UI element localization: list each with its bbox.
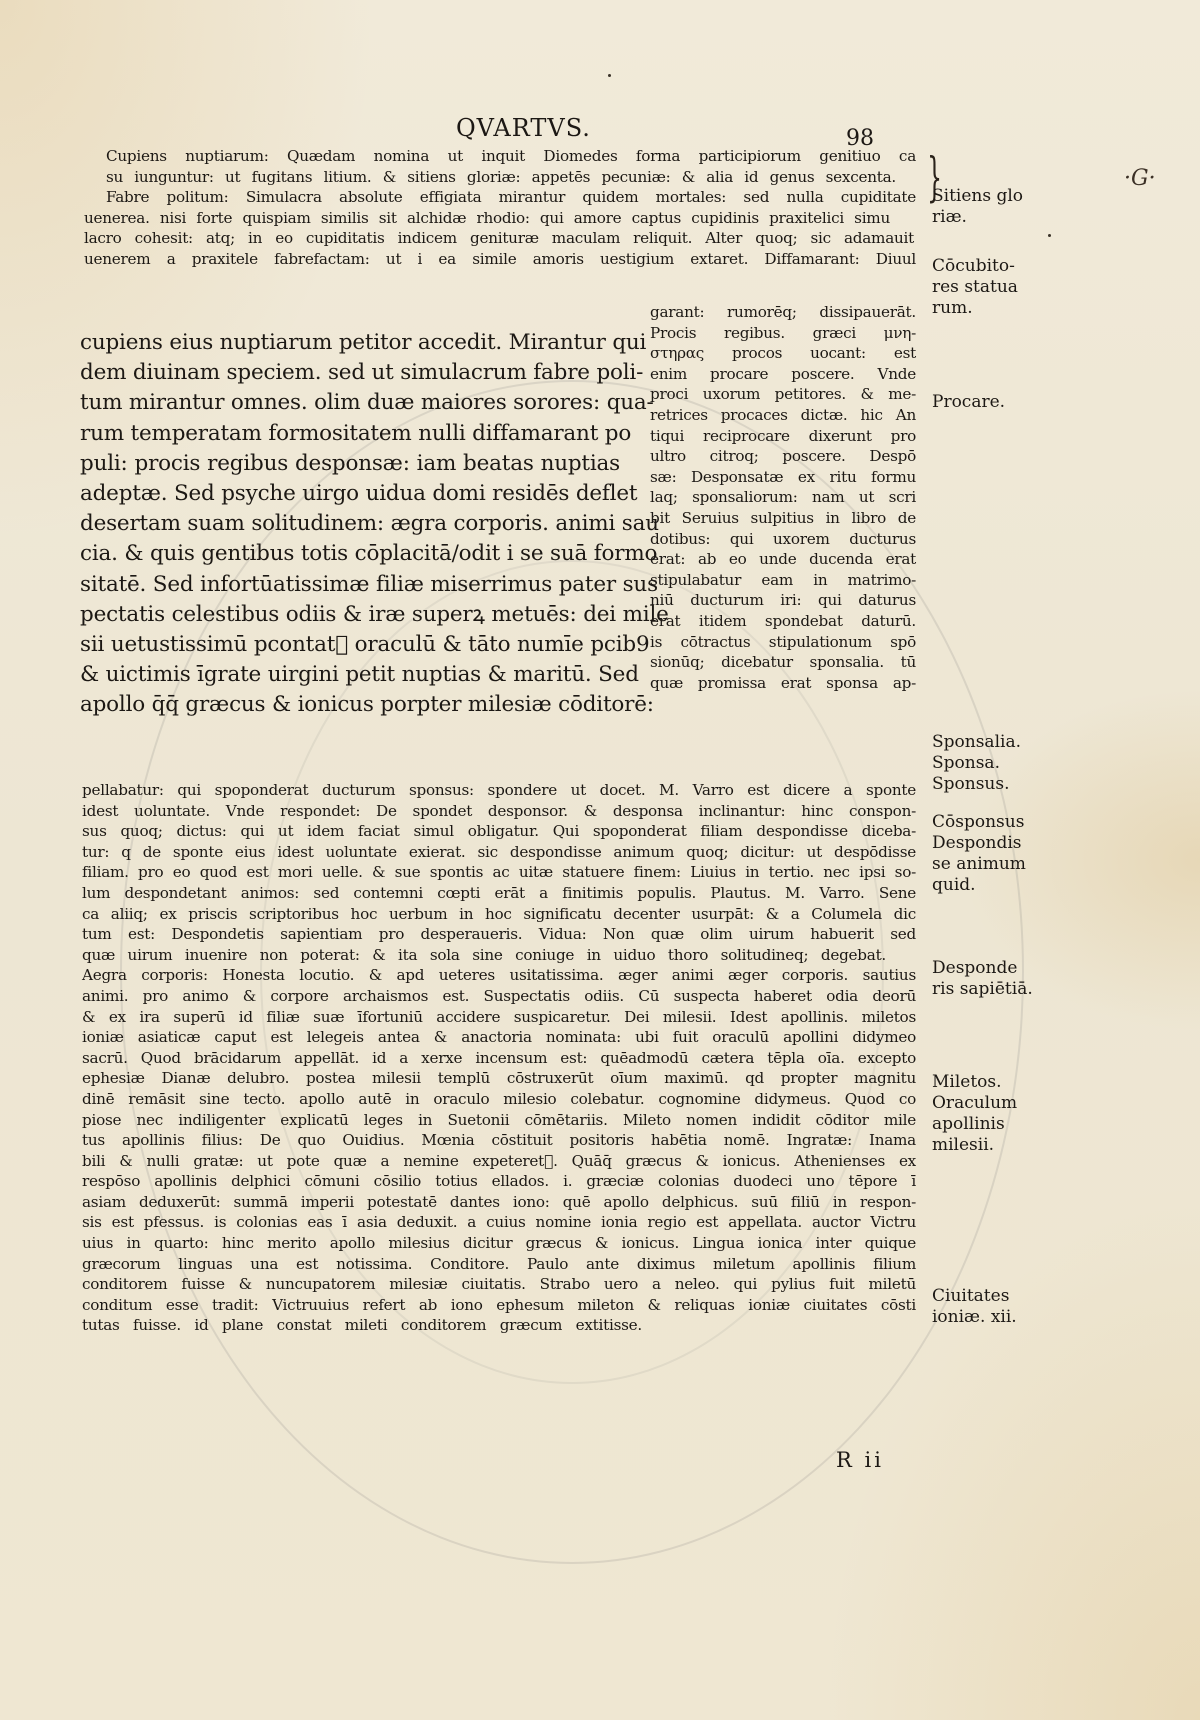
marginal-note: Cōsponsus Despondis se animum quid. <box>932 812 1026 896</box>
marginal-note-line: Procare. <box>932 392 1005 413</box>
commentary-line: laq; sponsaliorum: nam ut scri <box>650 487 916 508</box>
main-text-line: sii uetustissimū pcontatᷣ oraculū & tāto… <box>80 630 620 660</box>
marginal-note-line: Sponsus. <box>932 774 1021 795</box>
commentary-line: filiam. pro eo quod est mori uelle. & su… <box>82 862 916 883</box>
marginal-note-line: milesii. <box>932 1135 1017 1156</box>
marginal-note-line: Oraculum <box>932 1093 1017 1114</box>
paper-speck <box>608 74 611 77</box>
commentary-line: Fabre politum: Simulacra absolute effigi… <box>106 187 916 208</box>
commentary-line: dinē remāsit sine tecto. apollo autē in … <box>82 1089 916 1110</box>
marginal-note: Procare. <box>932 392 1005 413</box>
running-head: QVARTVS. <box>456 114 591 142</box>
commentary-line: tiqui reciprocare dixerunt pro <box>650 426 916 447</box>
commentary-line: animi. pro animo & corpore archaismos es… <box>82 986 916 1007</box>
marginal-note-line: Desponde <box>932 958 1033 979</box>
marginal-note-line: Sitiens glo <box>932 186 1023 207</box>
commentary-line: respōso apollinis delphici cōmuni cōsili… <box>82 1171 916 1192</box>
marginal-note-line: Cōcubito- <box>932 256 1018 277</box>
marginal-note-line: Miletos. <box>932 1072 1017 1093</box>
marginal-note-line: se animum <box>932 854 1026 875</box>
commentary-line: enim procare poscere. Vnde <box>650 364 916 385</box>
commentary-line: tus apollinis filius: De quo Ouidius. Mœ… <box>82 1130 916 1151</box>
commentary-line: erat: ab eo unde ducenda erat <box>650 549 916 570</box>
commentary-line: στηρας procos uocant: est <box>650 343 916 364</box>
paper-speck <box>1048 234 1051 237</box>
marginal-note-line: ris sapiētiā. <box>932 979 1033 1000</box>
main-text-line: dem diuinam speciem. sed ut simulacrum f… <box>80 358 620 388</box>
commentary-line: garant: rumorēq; dissipauerāt. <box>650 302 916 323</box>
marginal-note: Miletos. Oraculum apollinis milesii. <box>932 1072 1017 1156</box>
commentary-line: ca aliiq; ex priscis scriptoribus hoc ue… <box>82 904 916 925</box>
commentary-line: græcorum linguas una est notissima. Cond… <box>82 1254 916 1275</box>
marginal-note-line: riæ. <box>932 207 1023 228</box>
marginal-note: Sponsalia. Sponsa. Sponsus. <box>932 732 1021 795</box>
commentary-line: idest uoluntate. Vnde respondet: De spon… <box>82 801 916 822</box>
commentary-line: tutas fuisse. id plane constat mileti co… <box>82 1315 642 1336</box>
commentary-line: ultro citroq; poscere. Despō <box>650 446 916 467</box>
commentary-line: uenerem a praxitele fabrefactam: ut i ea… <box>84 249 916 270</box>
marginal-note: Ciuitates ioniæ. xii. <box>932 1286 1017 1328</box>
commentary-line: retrices procaces dictæ. hic An <box>650 405 916 426</box>
commentary-line: Aegra corporis: Honesta locutio. & apd u… <box>82 965 916 986</box>
side-commentary: garant: rumorēq; dissipauerāt. Procis re… <box>650 302 916 693</box>
commentary-line: su iunguntur: ut fugitans litium. & siti… <box>106 167 896 188</box>
commentary-line: proci uxorum petitores. & me- <box>650 384 916 405</box>
bottom-commentary: pellabatur: qui spoponderat ducturum spo… <box>82 780 916 1336</box>
main-text-line: pectatis celestibus odiis & iræ superꝝ m… <box>80 600 620 630</box>
commentary-line: is cōtractus stipulationum spō <box>650 632 916 653</box>
commentary-line: erat itidem spondebat daturū. <box>650 611 916 632</box>
commentary-line: uius in quarto: hinc merito apollo miles… <box>82 1233 916 1254</box>
commentary-line: bili & nulli gratæ: ut pote quæ a nemine… <box>82 1151 916 1172</box>
main-text: cupiens eius nuptiarum petitor accedit. … <box>80 328 620 721</box>
marginal-note-line: apollinis <box>932 1114 1017 1135</box>
commentary-line: sionūq; dicebatur sponsalia. tū <box>650 652 916 673</box>
book-page: QVARTVS. 98 ·G· } Cupiens nuptiarum: Quæ… <box>0 0 1200 1720</box>
commentary-line: lum despondetant animos: sed contemni cœ… <box>82 883 916 904</box>
commentary-line: Cupiens nuptiarum: Quædam nomina ut inqu… <box>106 146 916 167</box>
marginal-note-line: Ciuitates <box>932 1286 1017 1307</box>
main-text-line: rum temperatam formositatem nulli diffam… <box>80 419 620 449</box>
commentary-line: tum est: Despondetis sapientiam pro desp… <box>82 924 916 945</box>
signature-mark: R ii <box>836 1448 884 1472</box>
marginal-note-line: Sponsalia. <box>932 732 1021 753</box>
marginal-note: Desponde ris sapiētiā. <box>932 958 1033 1000</box>
main-text-line: apollo q̄q̄ græcus & ionicus porpter mil… <box>80 690 620 720</box>
main-text-line: & uictimis īgrate uirgini petit nuptias … <box>80 660 620 690</box>
commentary-line: uenerea. nisi forte quispiam similis sit… <box>84 208 890 229</box>
commentary-line: quæ uirum inuenire non poterat: & ita so… <box>82 945 886 966</box>
commentary-line: piose nec indiligenter explicatū leges i… <box>82 1110 916 1131</box>
marginal-note-line: quid. <box>932 875 1026 896</box>
main-text-line: cupiens eius nuptiarum petitor accedit. … <box>80 328 620 358</box>
marginal-note-line: Cōsponsus <box>932 812 1026 833</box>
main-text-line: cia. & quis gentibus totis cōplacitā/odi… <box>80 539 620 569</box>
top-commentary: Cupiens nuptiarum: Quædam nomina ut inqu… <box>106 146 916 270</box>
commentary-line: conditorem fuisse & nuncupatorem milesiæ… <box>82 1274 916 1295</box>
marginal-note-line: Despondis <box>932 833 1026 854</box>
commentary-line: conditum esse tradit: Victruuius refert … <box>82 1295 916 1316</box>
commentary-line: stipulabatur eam in matrimo- <box>650 570 916 591</box>
manuscript-mark: ·G· <box>1124 166 1156 191</box>
commentary-line: ephesiæ Dianæ delubro. postea milesii te… <box>82 1068 916 1089</box>
commentary-line: niū ducturum iri: qui daturus <box>650 590 916 611</box>
main-text-line: sitatē. Sed infortūatissimæ filiæ miserr… <box>80 570 620 600</box>
marginal-note-line: ioniæ. xii. <box>932 1307 1017 1328</box>
main-text-line: tum mirantur omnes. olim duæ maiores sor… <box>80 388 620 418</box>
commentary-line: & ex ira superū id filiæ suæ īfortuniū a… <box>82 1007 916 1028</box>
marginal-note-line: Sponsa. <box>932 753 1021 774</box>
marginal-note: Cōcubito- res statua rum. <box>932 256 1018 319</box>
main-text-line: desertam suam solitudinem: ægra corporis… <box>80 509 620 539</box>
main-text-line: adeptæ. Sed psyche uirgo uidua domi resi… <box>80 479 620 509</box>
commentary-line: sacrū. Quod brācidarum appellāt. id a xe… <box>82 1048 916 1069</box>
commentary-line: tur: q de sponte eius idest uoluntate ex… <box>82 842 916 863</box>
commentary-line: Procis regibus. græci μνη- <box>650 323 916 344</box>
commentary-line: lacro cohesit: atq; in eo cupiditatis in… <box>84 228 914 249</box>
commentary-line: pellabatur: qui spoponderat ducturum spo… <box>82 780 916 801</box>
commentary-line: sæ: Desponsatæ ex ritu formu <box>650 467 916 488</box>
commentary-line: ioniæ asiaticæ caput est lelegeis antea … <box>82 1027 916 1048</box>
marginal-note-line: rum. <box>932 298 1018 319</box>
marginal-note-line: res statua <box>932 277 1018 298</box>
commentary-line: sis est pfessus. is colonias eas ī asia … <box>82 1212 916 1233</box>
commentary-line: dotibus: qui uxorem ducturus <box>650 529 916 550</box>
marginal-note: Sitiens glo riæ. <box>932 186 1023 228</box>
commentary-line: sus quoq; dictus: qui ut idem faciat sim… <box>82 821 916 842</box>
commentary-line: bit Seruius sulpitius in libro de <box>650 508 916 529</box>
commentary-line: asiam deduxerūt: summā imperii potestatē… <box>82 1192 916 1213</box>
commentary-line: quæ promissa erat sponsa ap- <box>650 673 916 694</box>
main-text-line: puli: procis regibus desponsæ: iam beata… <box>80 449 620 479</box>
